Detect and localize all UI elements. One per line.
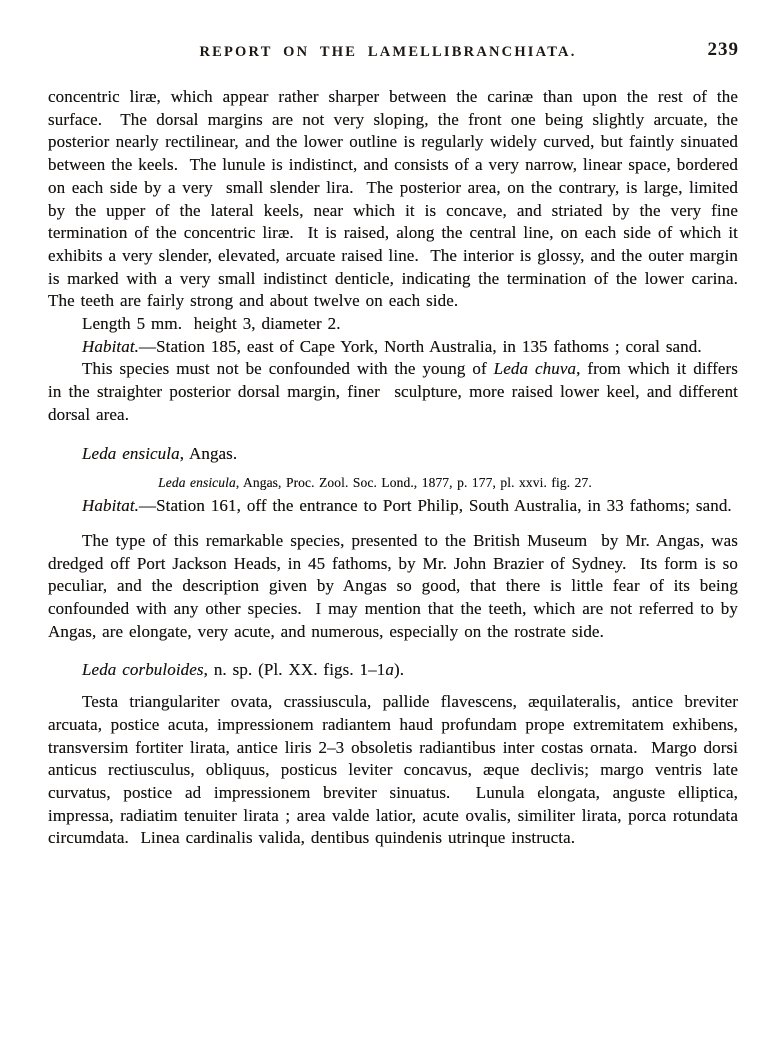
text-run: The type of this remarkable species, pre… (48, 531, 744, 641)
page-header: REPORT ON THE LAMELLIBRANCHIATA. (0, 43, 776, 61)
paragraph: The type of this remarkable species, pre… (48, 530, 738, 644)
italic-text: Leda chuva (494, 359, 576, 378)
text-body: concentric liræ, which appear rather sha… (48, 86, 738, 850)
paragraph: concentric liræ, which appear rather sha… (48, 86, 738, 313)
text-run: —Station 185, east of Cape York, North A… (139, 337, 702, 356)
species-heading: Leda ensicula, Angas. (48, 443, 738, 466)
running-title: REPORT ON THE LAMELLIBRANCHIATA. (199, 44, 576, 60)
species-heading: Leda corbuloides, n. sp. (Pl. XX. figs. … (48, 659, 738, 682)
text-run: Length 5 mm. height 3, diameter 2. (82, 314, 341, 333)
page-number: 239 (708, 39, 740, 61)
paragraph: Testa triangulariter ovata, crassiuscula… (48, 691, 738, 850)
paragraph: This species must not be confounded with… (48, 358, 738, 426)
italic-text: Leda ensicula (158, 475, 236, 490)
paragraph: Length 5 mm. height 3, diameter 2. (48, 313, 738, 336)
text-run: This species must not be confounded with… (82, 359, 494, 378)
book-page: REPORT ON THE LAMELLIBRANCHIATA. 239 con… (0, 0, 776, 1050)
text-run: concentric liræ, which appear rather sha… (48, 87, 750, 310)
text-run: —Station 161, off the entrance to Port P… (139, 496, 732, 515)
italic-text: Habitat. (82, 337, 139, 356)
text-run: , Angas. (180, 444, 238, 463)
italic-text: Leda corbuloides (82, 660, 204, 679)
italic-text: Habitat. (82, 496, 139, 515)
paragraph: Habitat.—Station 185, east of Cape York,… (48, 336, 738, 359)
italic-text: Leda ensicula (82, 444, 180, 463)
text-run: , Angas, Proc. Zool. Soc. Lond., 1877, p… (236, 475, 592, 490)
italic-text: a (385, 660, 394, 679)
text-run: , n. sp. (Pl. XX. figs. 1–1 (204, 660, 386, 679)
text-run: ). (394, 660, 404, 679)
text-run: Testa triangulariter ovata, crassiuscula… (48, 692, 744, 847)
paragraph: Habitat.—Station 161, off the entrance t… (48, 495, 738, 518)
citation-line: Leda ensicula, Angas, Proc. Zool. Soc. L… (48, 474, 702, 492)
